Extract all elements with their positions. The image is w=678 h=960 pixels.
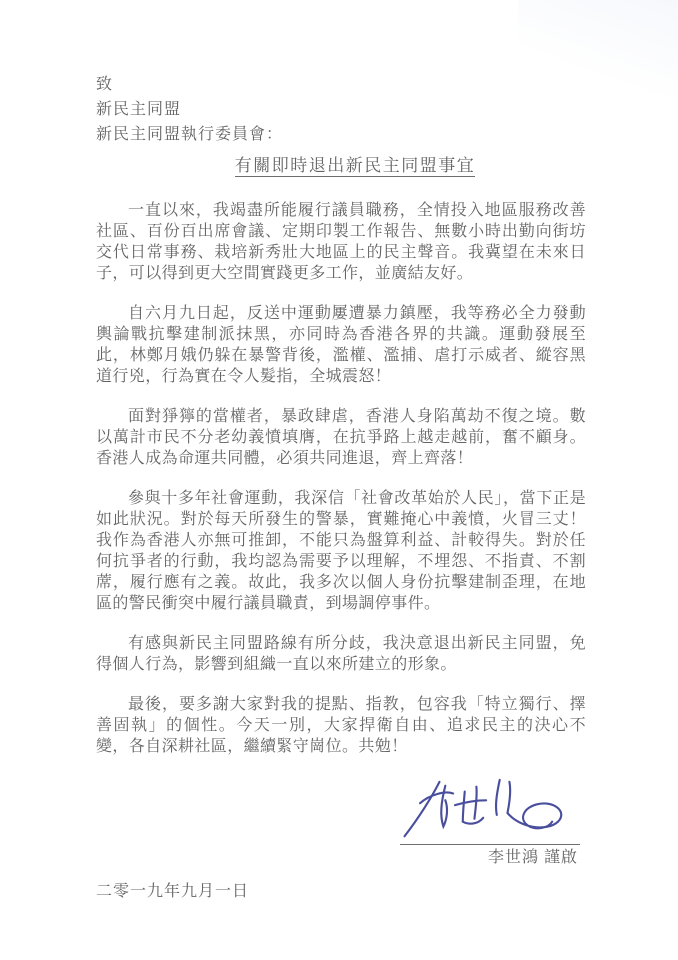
subject-text: 有關即時退出新民主同盟事宜 bbox=[235, 156, 476, 177]
letter-body: 一直以來，我竭盡所能履行議員職務，全情投入地區服務改善社區、百份百出席會議、定期… bbox=[96, 200, 586, 757]
signature-block: 李世鴻 謹啟 bbox=[400, 776, 580, 868]
signer-name: 李世鴻 謹啟 bbox=[400, 847, 580, 868]
recipient-block: 致 新民主同盟 新民主同盟執行委員會： bbox=[96, 72, 586, 147]
recipient-salutation: 致 bbox=[96, 72, 586, 97]
recipient-organization: 新民主同盟 bbox=[96, 97, 586, 122]
paragraph-4: 參與十多年社會運動，我深信「社會改革始於人民」，當下正是如此狀況。對於每天所發生… bbox=[96, 488, 586, 614]
paragraph-5: 有感與新民主同盟路線有所分歧，我決意退出新民主同盟，免得個人行為，影響到組織一直… bbox=[96, 633, 586, 675]
paragraph-2: 自六月九日起，反送中運動屢遭暴力鎮壓，我等務必全力發動輿論戰抗擊建制派抹黑，亦同… bbox=[96, 303, 586, 387]
paragraph-3: 面對猙獰的當權者，暴政肆虐，香港人身陷萬劫不復之境。數以萬計市民不分老幼義憤填膺… bbox=[96, 406, 586, 469]
subject-line: 有關即時退出新民主同盟事宜 bbox=[96, 153, 586, 178]
letter-page: 致 新民主同盟 新民主同盟執行委員會： 有關即時退出新民主同盟事宜 一直以來，我… bbox=[0, 0, 678, 960]
paragraph-1: 一直以來，我竭盡所能履行議員職務，全情投入地區服務改善社區、百份百出席會議、定期… bbox=[96, 200, 586, 284]
recipient-committee: 新民主同盟執行委員會： bbox=[96, 122, 586, 147]
paragraph-6: 最後，要多謝大家對我的提點、指教，包容我「特立獨行、擇善固執」的個性。今天一別，… bbox=[96, 694, 586, 757]
handwritten-signature-icon bbox=[400, 776, 580, 845]
letter-date: 二零一九年九月一日 bbox=[96, 881, 586, 902]
